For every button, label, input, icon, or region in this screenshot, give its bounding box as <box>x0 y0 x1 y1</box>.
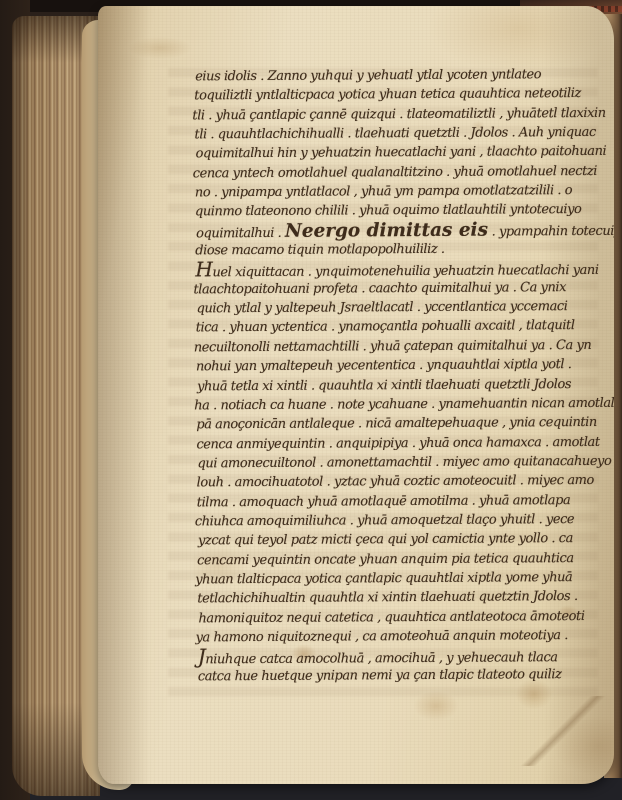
manuscript-photo: eius idolis . Zanno yuhqui y yehuatl ytl… <box>0 0 622 800</box>
manuscript-line: yhuā tetla xi xintli . quauhtla xi xintl… <box>197 374 614 396</box>
manuscript-line: tilma . amoquach yhuā amotlaquē amotilma… <box>197 490 614 512</box>
manuscript-page: eius idolis . Zanno yuhqui y yehuatl ytl… <box>98 6 614 784</box>
manuscript-line: tetlachichihualtin quauhtla xi xintin tl… <box>197 587 614 609</box>
manuscript-text-block: eius idolis . Zanno yuhqui y yehuatl ytl… <box>194 65 614 687</box>
line-prefix: oquimitalhui . <box>196 226 285 242</box>
manuscript-line: necuiltonolli nettamachtilli . yhuā çate… <box>194 335 614 357</box>
manuscript-line: ya hamono niquitoznequi , ca amoteohuā a… <box>196 626 614 648</box>
line-suffix: . ypampahin totecuiyo e <box>488 223 614 239</box>
manuscript-line: cenca anmiyequintin . anquipipiya . yhuā… <box>196 432 614 454</box>
manuscript-line: louh . amocihuatotol . yztac yhuā coztic… <box>197 471 614 493</box>
manuscript-line: chiuhca amoquimiliuhca . yhuā amoquetzal… <box>195 510 614 532</box>
manuscript-line: diose macamo tiquin motlapopolhuililiz . <box>195 239 614 261</box>
manuscript-line-with-latin: oquimitalhui . Neergo dimittas eis . ypa… <box>196 219 614 241</box>
manuscript-line: nohui yan ymaltepeuh yecententica . ynqu… <box>196 355 614 377</box>
manuscript-line: tli . yhuā çantlapic çannē quizqui . tla… <box>192 103 614 125</box>
manuscript-line: hamoniquitoz nequi catetica , quauhtica … <box>198 606 614 628</box>
manuscript-line: tlaachtopaitohuani profeta . caachto qui… <box>193 277 614 299</box>
latin-phrase: Neergo dimittas eis <box>285 219 488 241</box>
bottom-corner-crease <box>498 696 614 766</box>
manuscript-line: no . ynipampa yntlatlacol , yhuā ym pamp… <box>195 181 614 203</box>
manuscript-line: ha . notiach ca huane . note ycahuane . … <box>194 393 614 415</box>
manuscript-line: cencami yequintin oncate yhuan anquim pi… <box>197 548 614 570</box>
manuscript-line: pā anoçonicān antlaleque . nicā amaltepe… <box>196 413 614 435</box>
manuscript-line: Huel xiquittacan . ynquimotenehuilia yeh… <box>195 258 614 280</box>
manuscript-line: qui amonecuiltonol . amonettamachtil . m… <box>197 452 614 474</box>
manuscript-line: cenca yntech omotlahuel qualanaltitzino … <box>193 161 614 183</box>
manuscript-line: quinmo tlateonono chilili . yhuā oquimo … <box>195 200 614 222</box>
manuscript-line: catca hue huetque ynipan nemi ya çan tla… <box>198 664 614 686</box>
manuscript-line: tli . quauhtlachichihualli . tlaehuati q… <box>194 123 614 145</box>
manuscript-line: eius idolis . Zanno yuhqui y yehuatl ytl… <box>195 65 614 87</box>
manuscript-line: tica . yhuan yctentica . ynamoçantla poh… <box>196 316 614 338</box>
manuscript-line: toquiliztli yntlalticpaca yotica yhuan t… <box>194 84 614 106</box>
manuscript-line: oquimitalhui hin y yehuatzin huecatlachi… <box>196 142 614 164</box>
manuscript-line: yhuan tlalticpaca yotica çantlapic quauh… <box>195 568 614 590</box>
manuscript-line: Jniuhque catca amocolhuā , amocihuā , y … <box>198 645 614 667</box>
manuscript-line: quich ytlal y yaltepeuh Jsraeltlacatl . … <box>197 297 614 319</box>
manuscript-line: yzcat qui teyol patz micti çeca qui yol … <box>198 529 614 551</box>
